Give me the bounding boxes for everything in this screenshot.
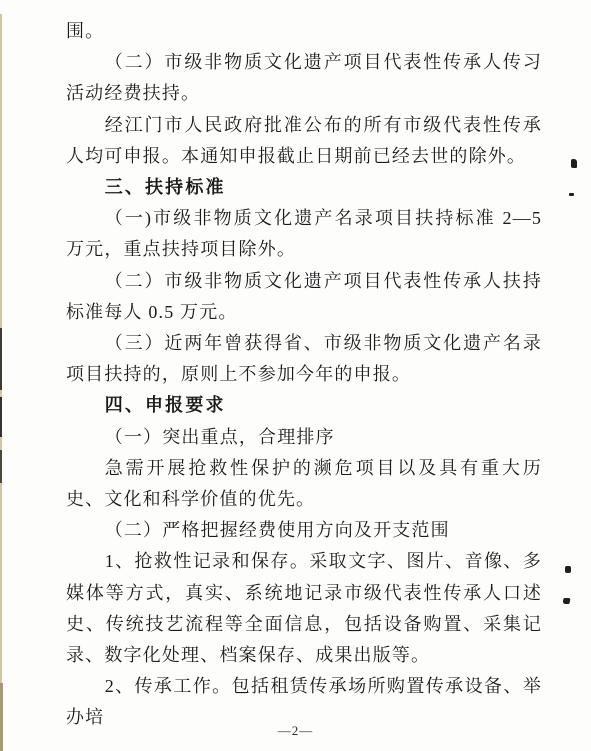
scan-speck: [565, 566, 571, 573]
document-page: 围。 （二）市级非物质文化遗产项目代表性传承人传习活动经费扶持。 经江门市人民政…: [66, 16, 542, 734]
scan-edge-strip: [0, 14, 2, 683]
paragraph-eligibility: 经江门市人民政府批准公布的所有市级代表性传承人均可申报。本通知申报截止日期前已经…: [66, 110, 542, 172]
paragraph-expense-item-1: 1、抢救性记录和保存。采取文字、图片、音像、多媒体等方式，真实、系统地记录市级代…: [66, 546, 542, 671]
scan-edge-dark-segment: [0, 397, 2, 437]
paragraph-requirement-1-body: 急需开展抢救性保护的濒危项目以及具有重大历史、文化和科学价值的优先。: [66, 453, 542, 515]
page-number: —2—: [0, 723, 591, 739]
paragraph-requirement-1-title: （一）突出重点，合理排序: [66, 422, 542, 453]
scan-speck: [562, 598, 570, 604]
scan-edge-strip-bottom: [0, 683, 3, 751]
scan-speck: [569, 193, 574, 196]
paragraph-subsidy-item-2: （二）市级非物质文化遗产项目代表性传承人传习活动经费扶持。: [66, 47, 542, 109]
paragraph-standard-1: （一)市级非物质文化遗产名录项目扶持标准 2—5 万元，重点扶持项目除外。: [66, 203, 542, 265]
paragraph-requirement-2-title: （二）严格把握经费使用方向及开支范围: [66, 515, 542, 546]
heading-support-standards: 三、扶持标准: [66, 172, 542, 203]
scan-edge-dark-segment: [0, 450, 2, 483]
scan-edge-dark-segment: [0, 328, 2, 390]
scan-speck: [571, 159, 577, 168]
paragraph-standard-2: （二）市级非物质文化遗产项目代表性传承人扶持标准每人 0.5 万元。: [66, 266, 542, 328]
paragraph-tail-scope: 围。: [66, 16, 542, 47]
heading-application-requirements: 四、申报要求: [66, 390, 542, 421]
paragraph-standard-3: （三）近两年曾获得省、市级非物质文化遗产名录项目扶持的，原则上不参加今年的申报。: [66, 328, 542, 390]
